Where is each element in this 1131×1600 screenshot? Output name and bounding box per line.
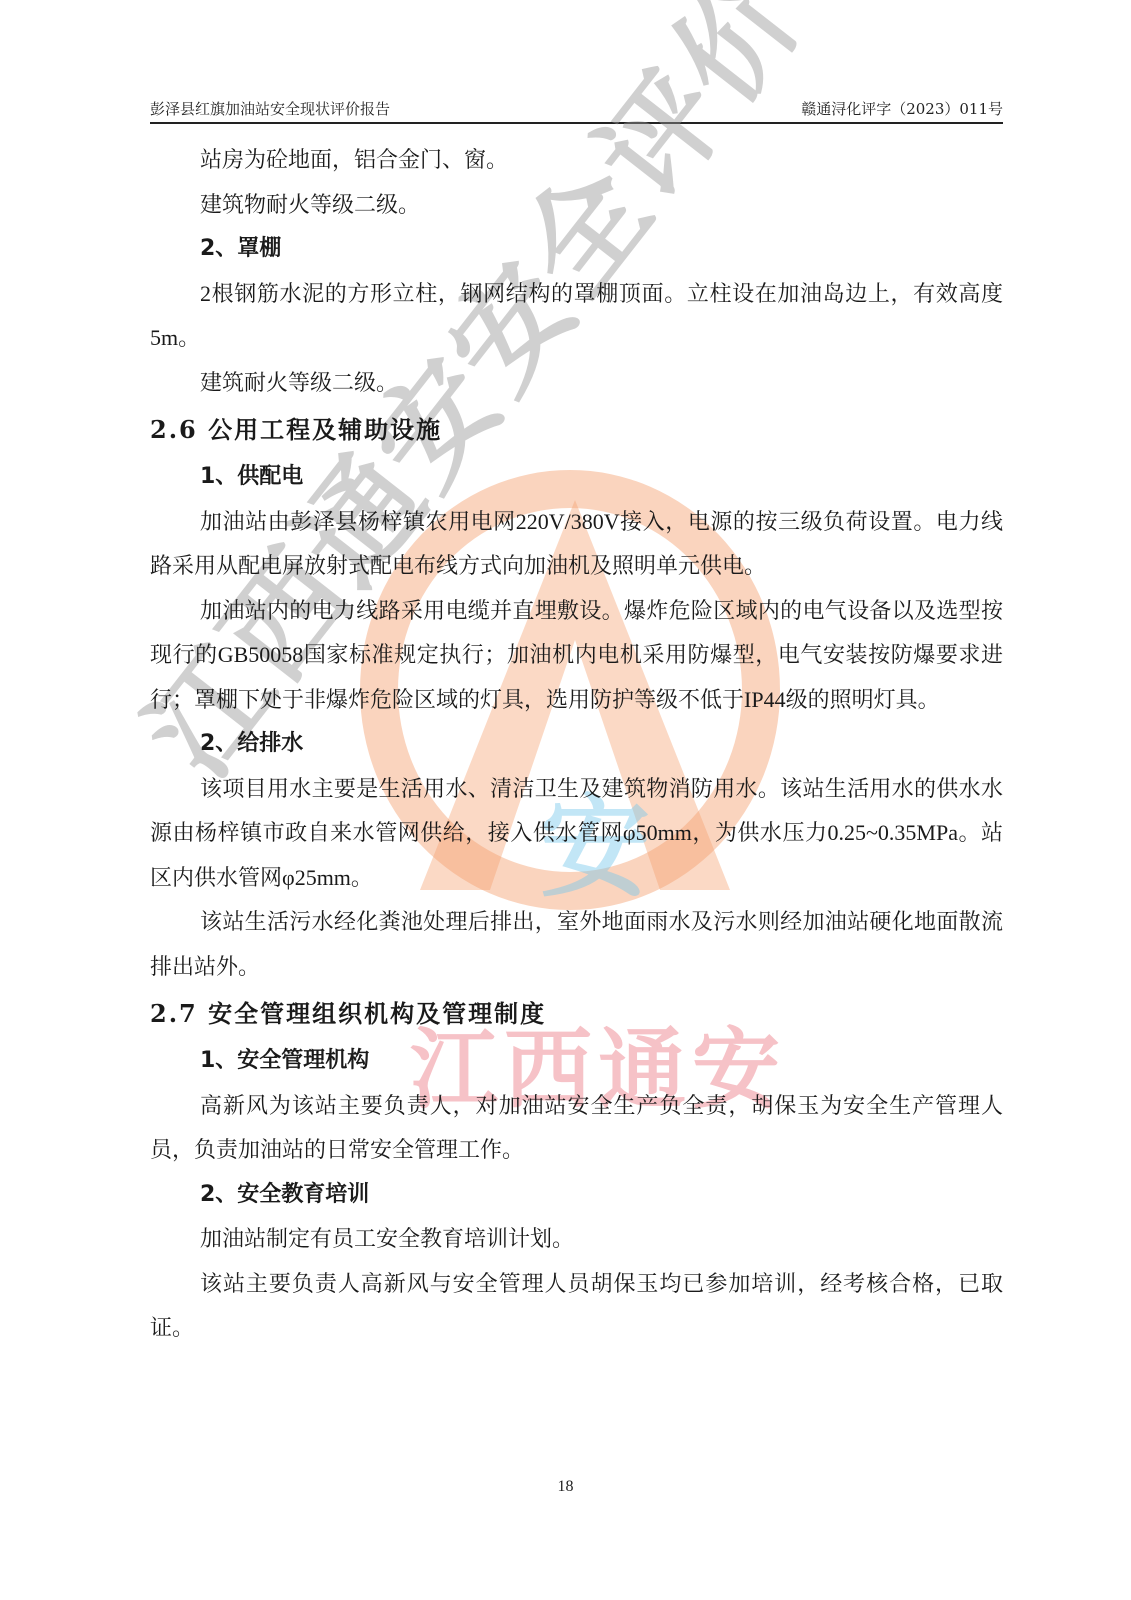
paragraph: 建筑物耐火等级二级。 [150, 183, 1003, 228]
paragraph: 该站主要负责人高新风与安全管理人员胡保玉均已参加培训，经考核合格，已取证。 [150, 1262, 1003, 1351]
subheading-safety-training: 2、安全教育培训 [150, 1173, 1003, 1218]
paragraph: 站房为砼地面，铝合金门、窗。 [150, 138, 1003, 183]
paragraph: 加油站制定有员工安全教育培训计划。 [150, 1217, 1003, 1262]
paragraph: 高新风为该站主要负责人，对加油站安全生产负全责，胡保玉为安全生产管理人员，负责加… [150, 1084, 1003, 1173]
document-body: 站房为砼地面，铝合金门、窗。 建筑物耐火等级二级。 2、罩棚 2根钢筋水泥的方形… [150, 138, 1003, 1351]
subheading-safety-org: 1、安全管理机构 [150, 1039, 1003, 1084]
page-number: 18 [0, 1478, 1131, 1496]
header-report-title: 彭泽县红旗加油站安全现状评价报告 [150, 98, 390, 119]
header-document-number: 赣通浔化评字（2023）011号 [801, 98, 1003, 119]
subheading-water-supply: 2、给排水 [150, 722, 1003, 767]
paragraph: 该站生活污水经化粪池处理后排出，室外地面雨水及污水则经加油站硬化地面散流排出站外… [150, 900, 1003, 989]
subheading-power-supply: 1、供配电 [150, 455, 1003, 500]
section-heading-2-6: 2.6 公用工程及辅助设施 [150, 405, 1003, 455]
document-page: 彭泽县红旗加油站安全现状评价报告 赣通浔化评字（2023）011号 安 江西通安… [0, 0, 1131, 1600]
page-header: 彭泽县红旗加油站安全现状评价报告 赣通浔化评字（2023）011号 [150, 96, 1003, 124]
paragraph: 建筑耐火等级二级。 [150, 361, 1003, 406]
paragraph: 该项目用水主要是生活用水、清洁卫生及建筑物消防用水。该站生活用水的供水水源由杨梓… [150, 767, 1003, 901]
paragraph: 加油站由彭泽县杨梓镇农用电网220V/380V接入，电源的按三级负荷设置。电力线… [150, 500, 1003, 589]
section-heading-2-7: 2.7 安全管理组织机构及管理制度 [150, 989, 1003, 1039]
subheading-canopy: 2、罩棚 [150, 227, 1003, 272]
paragraph: 加油站内的电力线路采用电缆并直埋敷设。爆炸危险区域内的电气设备以及选型按现行的G… [150, 589, 1003, 723]
paragraph: 2根钢筋水泥的方形立柱，钢网结构的罩棚顶面。立柱设在加油岛边上，有效高度5m。 [150, 272, 1003, 361]
